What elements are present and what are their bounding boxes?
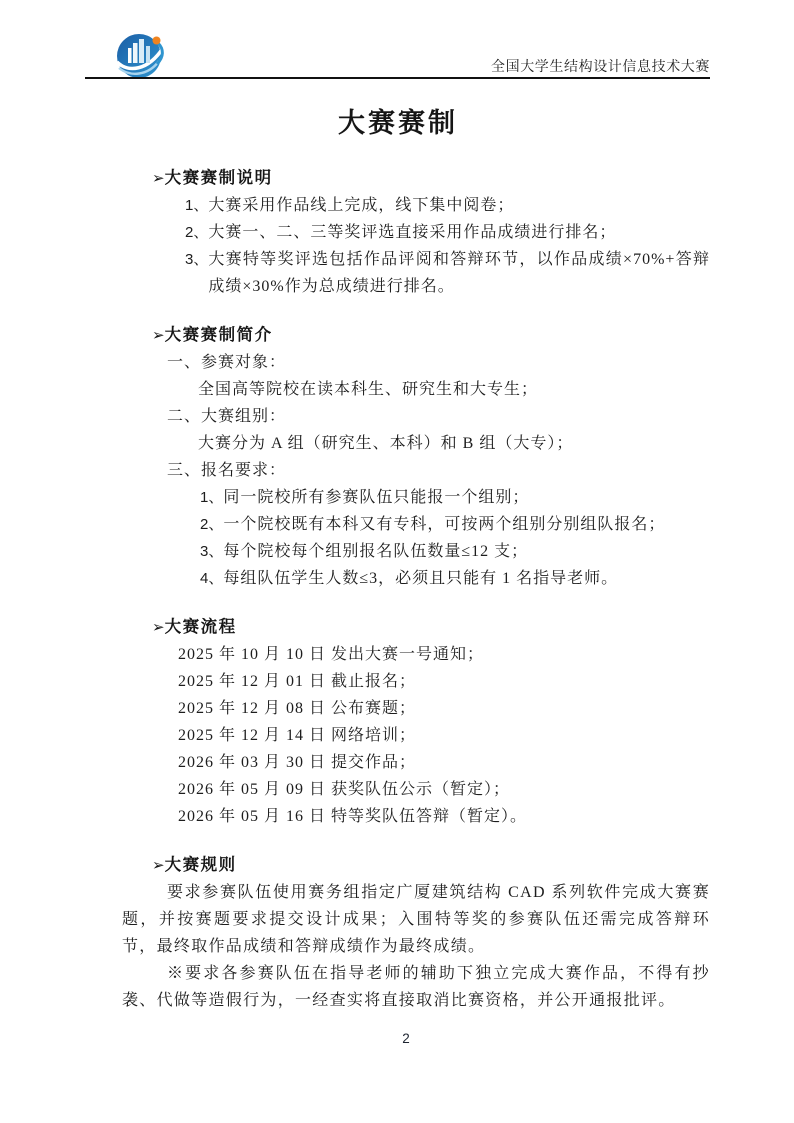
item-text: 同一院校所有参赛队伍只能报一个组别；: [223, 484, 710, 511]
item-text: 一个院校既有本科又有专科，可按两个组别分别组队报名；: [223, 511, 710, 538]
list-item: 1、 同一院校所有参赛队伍只能报一个组别；: [200, 484, 710, 511]
schedule-line: 2025 年 10 月 10 日 发出大赛一号通知；: [178, 641, 710, 668]
section-heading: ➢大赛赛制说明: [152, 165, 710, 192]
item-text: 大赛一、二、三等奖评选直接采用作品成绩进行排名；: [208, 219, 710, 246]
item-text: 大赛采用作品线上完成，线下集中阅卷；: [208, 192, 710, 219]
list-item: 2、 大赛一、二、三等奖评选直接采用作品成绩进行排名；: [185, 219, 710, 246]
arrow-bullet-icon: ➢: [152, 619, 165, 636]
list-item: 3、 每个院校每个组别报名队伍数量≤12 支；: [200, 538, 710, 565]
item-number: 一、: [167, 349, 201, 376]
list-item: 4、 每组队伍学生人数≤3，必须且只能有 1 名指导老师。: [200, 565, 710, 592]
list-item: 1、 大赛采用作品线上完成，线下集中阅卷；: [185, 192, 710, 219]
list-item: 三、 报名要求：: [167, 457, 710, 484]
page-footer: 2: [0, 1031, 794, 1046]
section-heading-label: 大赛赛制说明: [165, 169, 273, 187]
section-heading: ➢大赛赛制简介: [152, 322, 710, 349]
item-number: 三、: [167, 457, 201, 484]
section-schedule: ➢大赛流程 2025 年 10 月 10 日 发出大赛一号通知； 2025 年 …: [122, 614, 710, 830]
page-title: 大赛赛制: [122, 103, 674, 143]
item-number: 1、: [200, 484, 223, 511]
item-text: 每个院校每个组别报名队伍数量≤12 支；: [223, 538, 710, 565]
section-heading-label: 大赛规则: [165, 856, 237, 874]
schedule-line: 2026 年 05 月 16 日 特等奖队伍答辩（暂定）。: [178, 803, 710, 830]
list-item: 2、 一个院校既有本科又有专科，可按两个组别分别组队报名；: [200, 511, 710, 538]
list-item: 二、 大赛组别：: [167, 403, 710, 430]
schedule-line: 2025 年 12 月 01 日 截止报名；: [178, 668, 710, 695]
rule-paragraph: ※要求各参赛队伍在指导老师的辅助下独立完成大赛作品，不得有抄袭、代做等造假行为，…: [122, 960, 710, 1014]
item-number: 4、: [200, 565, 223, 592]
section-heading-label: 大赛流程: [165, 618, 237, 636]
item-label: 报名要求：: [201, 457, 286, 484]
item-number: 2、: [185, 219, 208, 246]
competition-logo-icon: [114, 28, 166, 84]
section-rules: ➢大赛规则 要求参赛队伍使用赛务组指定广厦建筑结构 CAD 系列软件完成大赛赛题…: [122, 852, 710, 1014]
section-heading: ➢大赛规则: [152, 852, 710, 879]
section-format-overview: ➢大赛赛制简介 一、 参赛对象： 全国高等院校在读本科生、研究生和大专生； 二、…: [122, 322, 710, 592]
section-heading: ➢大赛流程: [152, 614, 710, 641]
item-number: 1、: [185, 192, 208, 219]
item-number: 3、: [200, 538, 223, 565]
document-page: 全国大学生结构设计信息技术大赛 大赛赛制 ➢大赛赛制说明 1、 大赛采用作品线上…: [0, 0, 794, 1123]
arrow-bullet-icon: ➢: [152, 170, 165, 187]
rule-paragraph: 要求参赛队伍使用赛务组指定广厦建筑结构 CAD 系列软件完成大赛赛题，并按赛题要…: [122, 879, 710, 960]
schedule-line: 2025 年 12 月 14 日 网络培训；: [178, 722, 710, 749]
item-number: 3、: [185, 246, 208, 300]
item-text: 大赛特等奖评选包括作品评阅和答辩环节，以作品成绩×70%+答辩成绩×30%作为总…: [208, 246, 710, 300]
arrow-bullet-icon: ➢: [152, 857, 165, 874]
section-rules-description: ➢大赛赛制说明 1、 大赛采用作品线上完成，线下集中阅卷； 2、 大赛一、二、三…: [122, 165, 710, 300]
schedule-line: 2026 年 03 月 30 日 提交作品；: [178, 749, 710, 776]
item-label: 大赛组别：: [201, 403, 286, 430]
page-number: 2: [402, 1031, 410, 1046]
list-item: 一、 参赛对象：: [167, 349, 710, 376]
header-org-name: 全国大学生结构设计信息技术大赛: [491, 56, 710, 76]
item-text: 每组队伍学生人数≤3，必须且只能有 1 名指导老师。: [223, 565, 710, 592]
schedule-line: 2025 年 12 月 08 日 公布赛题；: [178, 695, 710, 722]
item-number: 二、: [167, 403, 201, 430]
list-item: 3、 大赛特等奖评选包括作品评阅和答辩环节，以作品成绩×70%+答辩成绩×30%…: [185, 246, 710, 300]
item-text: 大赛分为 A 组（研究生、本科）和 B 组（大专）；: [198, 430, 710, 457]
arrow-bullet-icon: ➢: [152, 327, 165, 344]
schedule-line: 2026 年 05 月 09 日 获奖队伍公示（暂定）；: [178, 776, 710, 803]
section-heading-label: 大赛赛制简介: [165, 326, 273, 344]
item-label: 参赛对象：: [201, 349, 286, 376]
document-body: 大赛赛制 ➢大赛赛制说明 1、 大赛采用作品线上完成，线下集中阅卷； 2、 大赛…: [122, 79, 710, 1014]
item-number: 2、: [200, 511, 223, 538]
item-text: 全国高等院校在读本科生、研究生和大专生；: [198, 376, 710, 403]
